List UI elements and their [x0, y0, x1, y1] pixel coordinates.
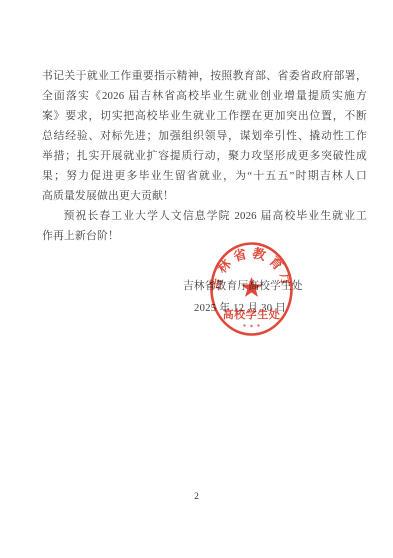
body-line: 高质量发展做出更大贡献！ — [42, 186, 367, 206]
letter-body: 书记关于就业工作重要指示精神，按照教育部、省委省政府部署， 全面落实《2026 … — [42, 66, 367, 246]
body-line: 书记关于就业工作重要指示精神，按照教育部、省委省政府部署， — [42, 66, 367, 86]
body-line: 全面落实《2026 届吉林省高校毕业生就业创业增量提质实施方 — [42, 86, 367, 106]
body-line: 总结经验、对标先进；加强组织领导，谋划牵引性、撬动性工作 — [42, 126, 367, 146]
body-line: 作再上新台阶！ — [42, 226, 367, 246]
page-number: 2 — [0, 492, 393, 502]
body-line: 举措；扎实开展就业扩容提质行动，聚力攻坚形成更多突破性成 — [42, 146, 367, 166]
signature-date: 2025 年 12 月 30 日 — [194, 303, 286, 315]
signature-department: 吉林省教育厅高校学生处 — [183, 281, 303, 293]
seal-serial-mark — [243, 324, 259, 327]
body-line: 案》要求，切实把高校毕业生就业工作摆在更加突出位置，不断 — [42, 106, 367, 126]
document-page: 书记关于就业工作重要指示精神，按照教育部、省委省政府部署， 全面落实《2026 … — [0, 0, 393, 558]
body-line: 预祝长春工业大学人文信息学院 2026 届高校毕业生就业工 — [42, 206, 367, 226]
body-line: 果；努力促进更多毕业生留省就业，为“十五五”时期吉林人口 — [42, 166, 367, 186]
